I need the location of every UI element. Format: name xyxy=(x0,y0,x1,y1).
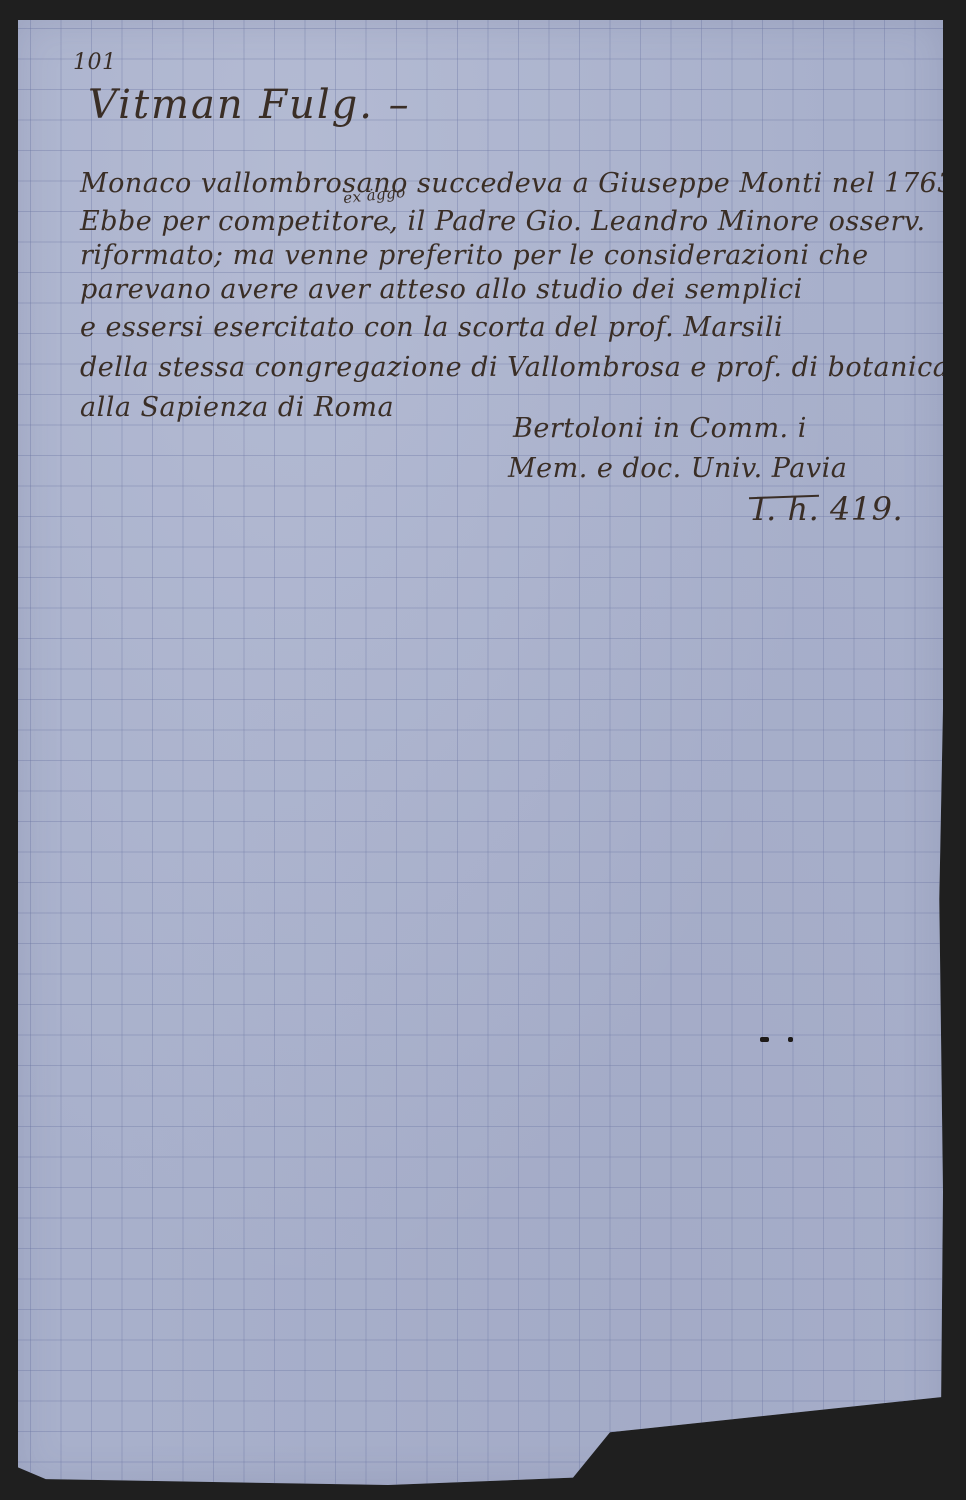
source-citation-line: Mem. e doc. Univ. Pavia xyxy=(508,453,847,484)
body-line: e essersi esercitato con la scorta del p… xyxy=(80,312,783,343)
body-line: della stessa congregazione di Vallombros… xyxy=(80,352,949,383)
manuscript-page: 101 Vitman Fulg. – ex ȧggo ^ Monaco vall… xyxy=(18,20,943,1485)
ink-spot xyxy=(788,1037,793,1042)
body-line: riformato; ma venne preferito per le con… xyxy=(80,240,869,271)
body-line: Ebbe per competitore, il Padre Gio. Lean… xyxy=(80,206,926,237)
ink-spot xyxy=(760,1037,769,1042)
shelfmark: I. h. 419. xyxy=(753,490,903,528)
body-line: Monaco vallombrosano succedeva a Giusepp… xyxy=(80,168,955,199)
note-heading: Vitman Fulg. – xyxy=(88,82,411,128)
source-citation-line: Bertoloni in Comm. i xyxy=(513,413,807,444)
ink-spots xyxy=(760,1037,800,1045)
folio-number: 101 xyxy=(73,50,117,75)
body-line: parevano avere aver atteso allo studio d… xyxy=(80,274,803,305)
scan-background: 101 Vitman Fulg. – ex ȧggo ^ Monaco vall… xyxy=(0,0,966,1500)
body-line: alla Sapienza di Roma xyxy=(80,392,394,423)
